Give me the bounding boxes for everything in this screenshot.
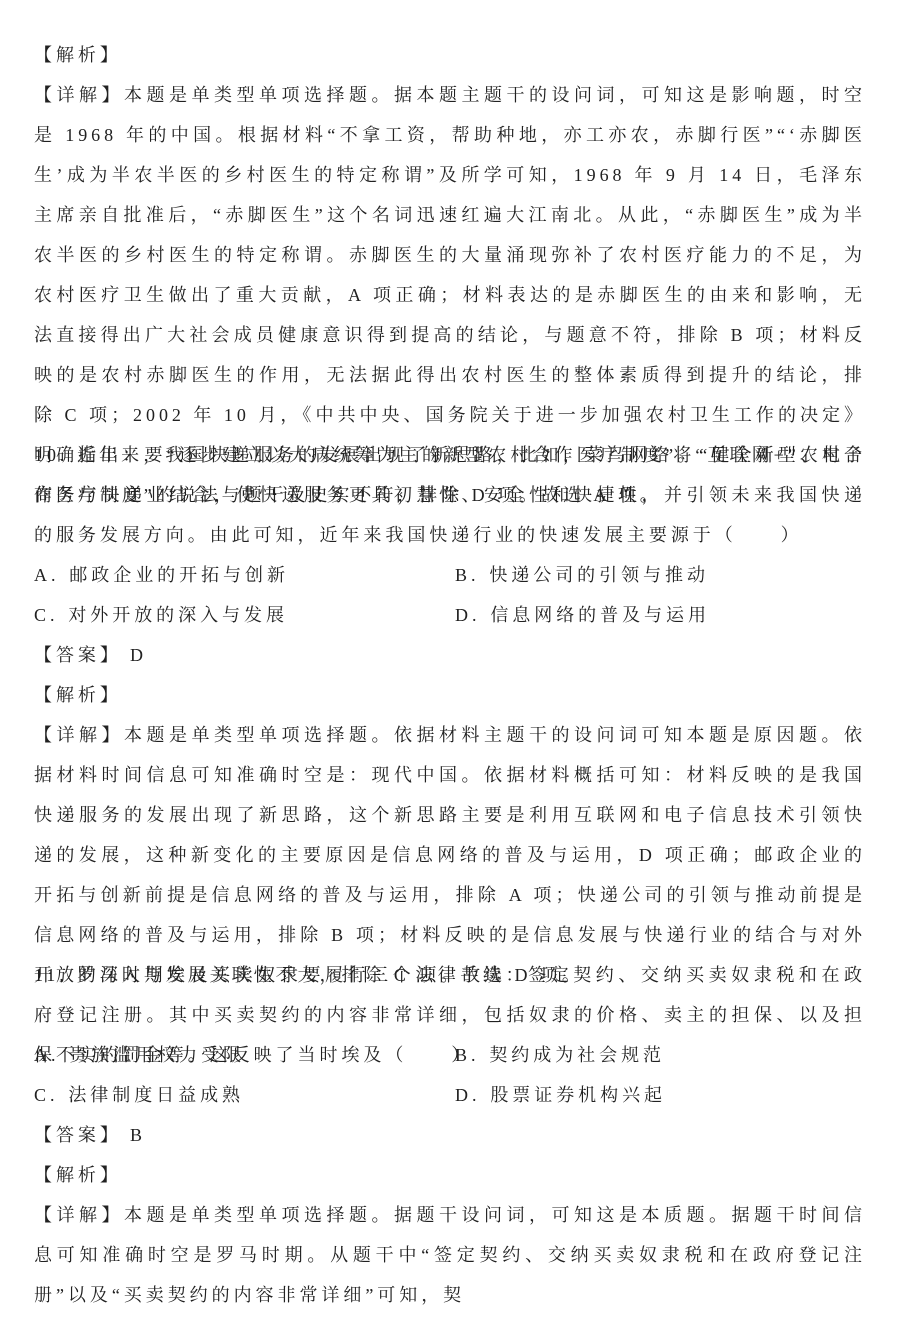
q11-option-b-text: 契约成为社会规范 <box>489 1045 665 1065</box>
q10-option-b: B.快递公司的引领与推动 <box>455 555 866 595</box>
q10-answer-label: 【答案】 <box>34 645 122 665</box>
q11-option-a: A.贵族滥用权力受限 <box>34 1035 455 1075</box>
q9-analysis-label: 【解析】 <box>34 35 866 75</box>
q11-option-d-label: D. <box>455 1085 480 1105</box>
q10-option-c-text: 对外开放的深入与发展 <box>68 605 288 625</box>
q10-option-c: C.对外开放的深入与发展 <box>34 595 455 635</box>
q10-option-b-label: B. <box>455 565 479 585</box>
q11-answer-value: B <box>130 1125 146 1145</box>
q10-option-b-text: 快递公司的引领与推动 <box>489 565 709 585</box>
q11-option-c-text: 法律制度日益成熟 <box>68 1085 244 1105</box>
q10-option-a-text: 邮政企业的开拓与创新 <box>69 565 289 585</box>
q10-options: A.邮政企业的开拓与创新 B.快递公司的引领与推动 C.对外开放的深入与发展 D… <box>34 555 866 635</box>
q10-option-a: A.邮政企业的开拓与创新 <box>34 555 455 595</box>
q11-explanation: 【详解】本题是单类型单项选择题。据题干设问词，可知这是本质题。据题干时间信息可知… <box>34 1195 866 1315</box>
q11-option-d-text: 股票证券机构兴起 <box>490 1085 666 1105</box>
document-page: 【解析】 【详解】本题是单类型单项选择题。据本题主题干的设问词，可知这是影响题，… <box>0 0 900 1337</box>
q11-option-c-label: C. <box>34 1085 58 1105</box>
q11-answer-label: 【答案】 <box>34 1125 122 1145</box>
q10-answer-line: 【答案】D <box>34 635 866 675</box>
q11-option-b: B.契约成为社会规范 <box>455 1035 866 1075</box>
q10-options-row-1: A.邮政企业的开拓与创新 B.快递公司的引领与推动 <box>34 555 866 595</box>
q10-question: 10. 近年来，我国快递服务的发展出现了新思路，比如，菜鸟网络将“互联网+”、电… <box>34 435 866 555</box>
q11-options-row-2: C.法律制度日益成熟 D.股票证券机构兴起 <box>34 1075 866 1115</box>
q10-option-d-text: 信息网络的普及与运用 <box>490 605 710 625</box>
q11-answer-line: 【答案】B <box>34 1115 866 1155</box>
q11-analysis-label: 【解析】 <box>34 1155 866 1195</box>
q10-explanation: 【详解】本题是单类型单项选择题。依据材料主题干的设问词可知本题是原因题。依据材料… <box>34 715 866 995</box>
q10-option-c-label: C. <box>34 605 58 625</box>
q10-option-d: D.信息网络的普及与运用 <box>455 595 866 635</box>
q11-option-c: C.法律制度日益成熟 <box>34 1075 455 1115</box>
q11-option-a-label: A. <box>34 1045 59 1065</box>
q10-option-a-label: A. <box>34 565 59 585</box>
q11-option-b-label: B. <box>455 1045 479 1065</box>
q11-options-row-1: A.贵族滥用权力受限 B.契约成为社会规范 <box>34 1035 866 1075</box>
q10-analysis-label: 【解析】 <box>34 675 866 715</box>
q10-options-row-2: C.对外开放的深入与发展 D.信息网络的普及与运用 <box>34 595 866 635</box>
q11-option-a-text: 贵族滥用权力受限 <box>69 1045 245 1065</box>
q11-options: A.贵族滥用权力受限 B.契约成为社会规范 C.法律制度日益成熟 D.股票证券机… <box>34 1035 866 1115</box>
q10-option-d-label: D. <box>455 605 480 625</box>
q11-option-d: D.股票证券机构兴起 <box>455 1075 866 1115</box>
q10-answer-value: D <box>130 645 147 665</box>
